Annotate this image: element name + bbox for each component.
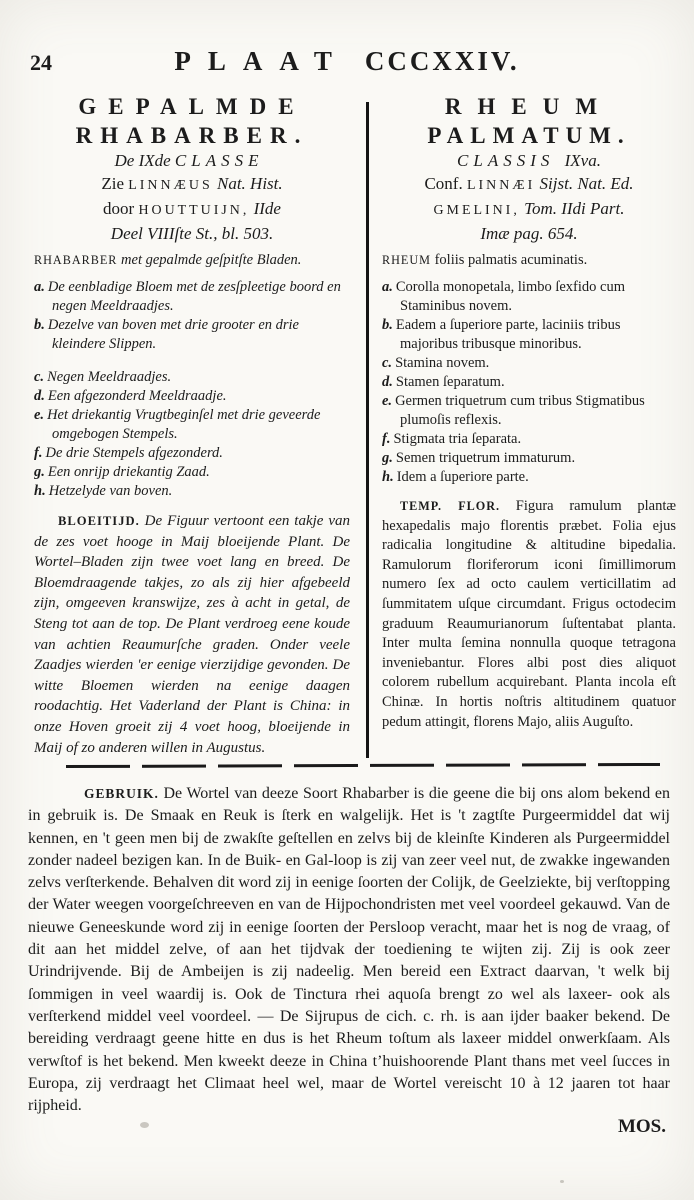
figure-key-item-c: c.Stamina novem. <box>382 354 676 373</box>
item-text: Stamen ſeparatum. <box>396 374 505 390</box>
item-text: Negen Meeldraadjes. <box>47 369 171 385</box>
column-divider-rule <box>366 102 369 758</box>
item-text: Hetzelyde van boven. <box>49 483 173 499</box>
right-column-latin: RHEUM PALMATUM. CLASSIS IXva. Conf. LINN… <box>382 92 676 764</box>
figure-key-item-h: h.Idem a ſuperiore parte. <box>382 468 676 487</box>
flowering-time-paragraph: TEMP. FLOR. Figura ramulum plantæ hexape… <box>382 497 676 732</box>
figure-key-item-e: e.Het driekantig Vrugtbeginſel met drie … <box>34 406 350 444</box>
class-word: CLASSE <box>175 151 264 170</box>
classis-ordinal: IXva. <box>565 151 601 170</box>
ref-word: Conf. <box>424 174 462 193</box>
bloom-text: De Figuur vertoont een takje van de zes … <box>34 513 350 756</box>
right-reference-line3: Imæ pag. 654. <box>382 222 676 245</box>
page-title: PLAATCCCXXIV. <box>0 46 694 77</box>
left-reference-line1: Zie LINNÆUS Nat. Hist. <box>34 172 350 197</box>
left-figure-key-list: a.De eenbladige Bloem met de zesſpleetig… <box>34 278 350 501</box>
figure-key-item-e: e.Germen triquetrum cum tribus Stigmatib… <box>382 392 676 430</box>
item-letter: h. <box>34 483 46 499</box>
temp-flor-lead: TEMP. FLOR. <box>400 499 500 513</box>
item-letter: d. <box>34 388 45 404</box>
item-letter: b. <box>34 317 45 333</box>
item-letter: f. <box>34 445 42 461</box>
ref-word: Zie <box>101 174 124 193</box>
item-text: Het driekantig Vrugtbeginſel met drie ge… <box>47 407 320 442</box>
item-letter: b. <box>382 317 393 333</box>
item-letter: g. <box>382 450 393 466</box>
left-species-line: RHABARBER met gepalmde geſpitſte Bladen. <box>34 251 350 270</box>
right-title-line1: RHEUM <box>382 92 676 121</box>
item-letter: h. <box>382 469 394 485</box>
bloom-lead: BLOEITIJD. <box>58 514 140 528</box>
usage-lead: GEBRUIK. <box>84 786 159 801</box>
ref-word: door <box>103 199 134 218</box>
figure-key-item-g: g.Een onrijp driekantig Zaad. <box>34 463 350 482</box>
item-text: Germen triquetrum cum tribus Stigmatibus… <box>395 393 645 428</box>
item-text: Stigmata tria ſeparata. <box>393 431 521 447</box>
item-letter: e. <box>382 393 392 409</box>
volume-ref: IIde <box>254 199 281 218</box>
left-title-line2: RHABARBER. <box>34 121 350 150</box>
item-text: Een afgezonderd Meeldraadje. <box>48 388 227 404</box>
author-name: LINNÆUS <box>128 178 213 193</box>
author-name: GMELINI, <box>433 203 519 218</box>
author-name: LINNÆI <box>467 178 535 193</box>
volume-ref: Tom. IIdi Part. <box>524 199 624 218</box>
item-text: De drie Stempels afgezonderd. <box>45 445 222 461</box>
usage-text: De Wortel van deeze Soort Rhabarber is d… <box>28 785 670 1114</box>
left-column-dutch: GEPALMDE RHABARBER. De IXde CLASSE Zie L… <box>34 92 350 764</box>
figure-key-item-b: b.Eadem a ſuperiore parte, laciniis trib… <box>382 316 676 354</box>
figure-key-item-b: b.Dezelve van boven met drie grooter en … <box>34 316 350 354</box>
item-letter: a. <box>34 279 45 295</box>
scan-speckle <box>560 1180 564 1183</box>
item-letter: f. <box>382 431 390 447</box>
item-text: Semen triquetrum immaturum. <box>396 450 575 466</box>
species-rest: met gepalmde geſpitſte Bladen. <box>121 252 301 268</box>
item-text: Eadem a ſuperiore parte, laciniis tribus… <box>396 317 621 352</box>
item-text: Idem a ſuperiore parte. <box>397 469 529 485</box>
plate-numeral: CCCXXIV. <box>365 46 520 76</box>
right-species-line: RHEUM foliis palmatis acuminatis. <box>382 251 676 270</box>
right-title-line2: PALMATUM. <box>382 121 676 150</box>
left-reference-line2: door HOUTTUIJN, IIde <box>34 197 350 222</box>
figure-key-item-h: h.Hetzelyde van boven. <box>34 482 350 501</box>
species-lead: RHABARBER <box>34 253 117 267</box>
item-letter: e. <box>34 407 44 423</box>
item-text: Dezelve van boven met drie grooter en dr… <box>48 317 299 352</box>
figure-key-item-c: c.Negen Meeldraadjes. <box>34 368 350 387</box>
plate-word: PLAAT <box>174 46 349 76</box>
bloom-time-paragraph: BLOEITIJD. De Figuur vertoont een takje … <box>34 511 350 758</box>
left-reference-line3: Deel VIIIſte St., bl. 503. <box>34 222 350 245</box>
right-figure-key-list: a.Corolla monopetala, limbo ſexfido cum … <box>382 278 676 487</box>
item-letter: g. <box>34 464 45 480</box>
figure-key-item-g: g.Semen triquetrum immaturum. <box>382 449 676 468</box>
catchword: MOS. <box>618 1116 666 1138</box>
item-letter: a. <box>382 279 393 295</box>
right-reference-line1: Conf. LINNÆI Sijst. Nat. Ed. <box>382 172 676 197</box>
left-title-line1: GEPALMDE <box>34 92 350 121</box>
author-name: HOUTTUIJN, <box>138 203 249 218</box>
book-page: 24 PLAATCCCXXIV. GEPALMDE RHABARBER. De … <box>0 0 694 1200</box>
right-class-line: CLASSIS IXva. <box>382 150 676 172</box>
figure-key-item-f: f.Stigmata tria ſeparata. <box>382 430 676 449</box>
item-letter: c. <box>34 369 44 385</box>
right-reference-line2: GMELINI, Tom. IIdi Part. <box>382 197 676 222</box>
item-text: De eenbladige Bloem met de zesſpleetige … <box>48 279 341 314</box>
figure-key-item-d: d.Stamen ſeparatum. <box>382 373 676 392</box>
species-lead: RHEUM <box>382 253 431 267</box>
item-letter: c. <box>382 355 392 371</box>
figure-key-item-a: a.Corolla monopetala, limbo ſexfido cum … <box>382 278 676 316</box>
left-class-line: De IXde CLASSE <box>34 150 350 172</box>
ink-smudge <box>140 1122 149 1128</box>
figure-key-item-a: a.De eenbladige Bloem met de zesſpleetig… <box>34 278 350 316</box>
item-letter: d. <box>382 374 393 390</box>
item-text: Stamina novem. <box>395 355 489 371</box>
class-ordinal: De IXde <box>115 151 171 170</box>
figure-key-item-f: f.De drie Stempels afgezonderd. <box>34 444 350 463</box>
scan-speckle <box>90 560 93 563</box>
item-text: Een onrijp driekantig Zaad. <box>48 464 210 480</box>
item-text: Corolla monopetala, limbo ſexfido cum St… <box>396 279 625 314</box>
usage-paragraph: GEBRUIK. De Wortel van deeze Soort Rhaba… <box>28 783 670 1117</box>
temp-flor-text: Figura ramulum plantæ hexapedalis majo f… <box>382 498 676 730</box>
work-title: Nat. Hist. <box>217 174 283 193</box>
figure-key-item-d: d.Een afgezonderd Meeldraadje. <box>34 387 350 406</box>
classis-word: CLASSIS <box>457 151 554 170</box>
species-rest: foliis palmatis acuminatis. <box>435 252 588 268</box>
work-title: Sijst. Nat. Ed. <box>540 174 634 193</box>
